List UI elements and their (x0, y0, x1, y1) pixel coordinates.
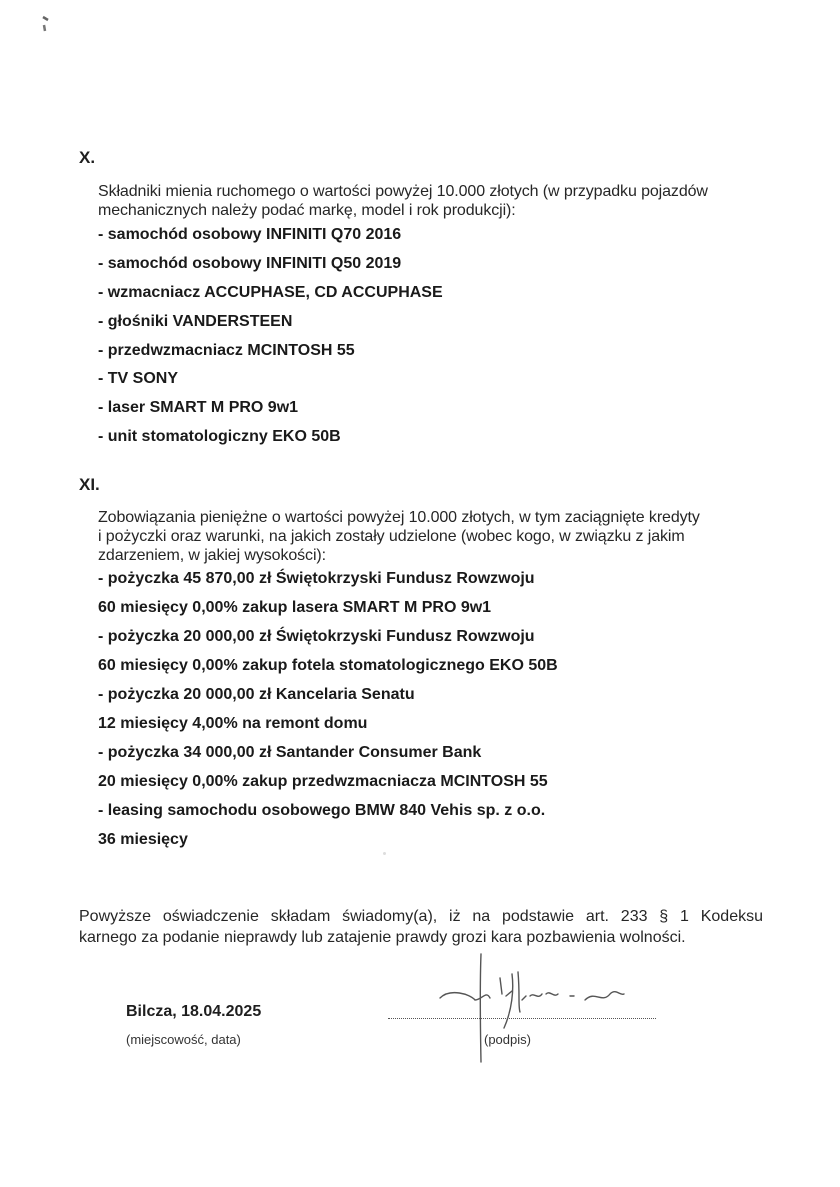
place-date: Bilcza, 18.04.2025 (126, 1003, 261, 1021)
intro-line: Składniki mienia ruchomego o wartości po… (98, 182, 708, 201)
declaration-line: karnego za podanie nieprawdy lub zatajen… (79, 927, 763, 948)
section-x-intro: Składniki mienia ruchomego o wartości po… (98, 182, 708, 220)
declaration-line: Powyższe oświadczenie składam świadomy(a… (79, 906, 763, 927)
list-item: - pożyczka 45 870,00 zł Świętokrzyski Fu… (98, 570, 535, 588)
handwritten-signature (380, 950, 680, 1070)
list-item: 12 miesięcy 4,00% na remont domu (98, 715, 367, 733)
list-item: - pożyczka 20 000,00 zł Kancelaria Senat… (98, 686, 415, 704)
intro-line: zdarzeniem, w jakiej wysokości): (98, 546, 700, 565)
intro-line: Zobowiązania pieniężne o wartości powyże… (98, 508, 700, 527)
list-item: - laser SMART M PRO 9w1 (98, 399, 298, 417)
section-x-heading: X. (79, 148, 95, 168)
section-xi-intro: Zobowiązania pieniężne o wartości powyże… (98, 508, 700, 565)
list-item: 20 miesięcy 0,00% zakup przedwzmacniacza… (98, 773, 548, 791)
list-item: - pożyczka 20 000,00 zł Świętokrzyski Fu… (98, 628, 535, 646)
list-item: - wzmacniacz ACCUPHASE, CD ACCUPHASE (98, 284, 443, 302)
list-item: - samochód osobowy INFINITI Q50 2019 (98, 255, 401, 273)
list-item: - pożyczka 34 000,00 zł Santander Consum… (98, 744, 481, 762)
intro-line: mechanicznych należy podać markę, model … (98, 201, 708, 220)
list-item: 60 miesięcy 0,00% zakup fotela stomatolo… (98, 657, 558, 675)
list-item: - przedwzmacniacz MCINTOSH 55 (98, 342, 355, 360)
list-item: - leasing samochodu osobowego BMW 840 Ve… (98, 802, 545, 820)
list-item: 60 miesięcy 0,00% zakup lasera SMART M P… (98, 599, 491, 617)
intro-line: i pożyczki oraz warunki, na jakich zosta… (98, 527, 700, 546)
section-xi-heading: XI. (79, 475, 100, 495)
list-item: - głośniki VANDERSTEEN (98, 313, 292, 331)
list-item: - samochód osobowy INFINITI Q70 2016 (98, 226, 401, 244)
scan-mark (40, 14, 50, 34)
scan-speck (383, 852, 386, 855)
declaration-text: Powyższe oświadczenie składam świadomy(a… (79, 906, 763, 948)
list-item: - TV SONY (98, 370, 178, 388)
list-item: - unit stomatologiczny EKO 50B (98, 428, 341, 446)
list-item: 36 miesięcy (98, 831, 188, 849)
place-date-label: (miejscowość, data) (126, 1032, 241, 1047)
